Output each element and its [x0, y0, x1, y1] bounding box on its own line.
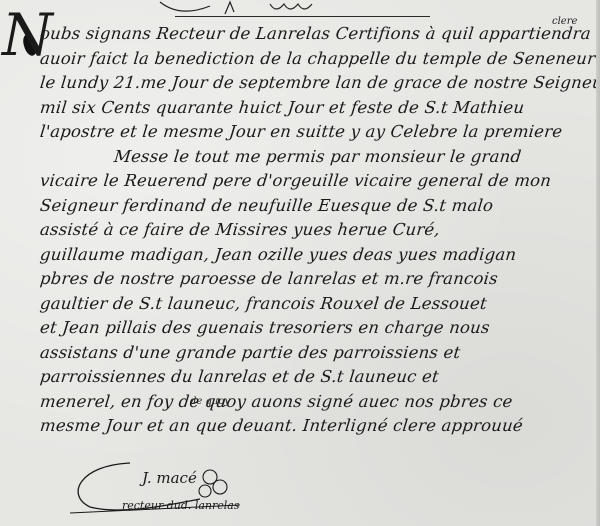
text-line: parroissiennes du lanrelas et de S.t lau… [39, 365, 600, 390]
header-flourish-icon [150, 0, 350, 20]
text-line: assistans d'une grande partie des parroi… [39, 341, 600, 366]
manuscript-page: N clere oubs signans Recteur de Lanrelas… [0, 0, 600, 526]
signature-name: J. macé [142, 469, 197, 487]
text-line: vicaire le Reuerend pere d'orgeuille vic… [39, 169, 600, 194]
manuscript-text: oubs signans Recteur de Lanrelas Certifi… [40, 22, 600, 439]
signature-title: recteur dud. lanrelas [122, 499, 240, 512]
text-line: pbres de nostre paroesse de lanrelas et … [39, 267, 600, 292]
header-rule [175, 16, 430, 17]
text-line: Messe le tout me permis par monsieur le … [39, 145, 600, 170]
text-line: mesme Jour et an que deuant. Interligné … [39, 414, 600, 439]
text-line: auoir faict la benediction de la chappel… [39, 47, 600, 72]
text-line: et Jean pillais des guenais tresoriers e… [39, 316, 600, 341]
text-line: oubs signans Recteur de Lanrelas Certifi… [39, 22, 600, 47]
text-line: Seigneur ferdinand de neufuille Euesque … [39, 194, 600, 219]
text-line: l'apostre et le mesme Jour en suitte y a… [39, 120, 600, 145]
text-line: gaultier de S.t launeuc, francois Rouxel… [39, 292, 600, 317]
text-line: guillaume madigan, Jean ozille yues deas… [39, 243, 600, 268]
text-line: mil six Cents quarante huict Jour et fes… [39, 96, 600, 121]
page-edge [596, 0, 600, 526]
interlinear-note: de quoy [190, 396, 230, 407]
text-line: menerel, en foy de quoy auons signé auec… [39, 390, 600, 415]
signature-block: J. macé recteur dud. lanrelas [60, 455, 260, 515]
text-line: le lundy 21.me Jour de septembre lan de … [39, 71, 600, 96]
text-line: assisté à ce faire de Missires yues heru… [39, 218, 600, 243]
